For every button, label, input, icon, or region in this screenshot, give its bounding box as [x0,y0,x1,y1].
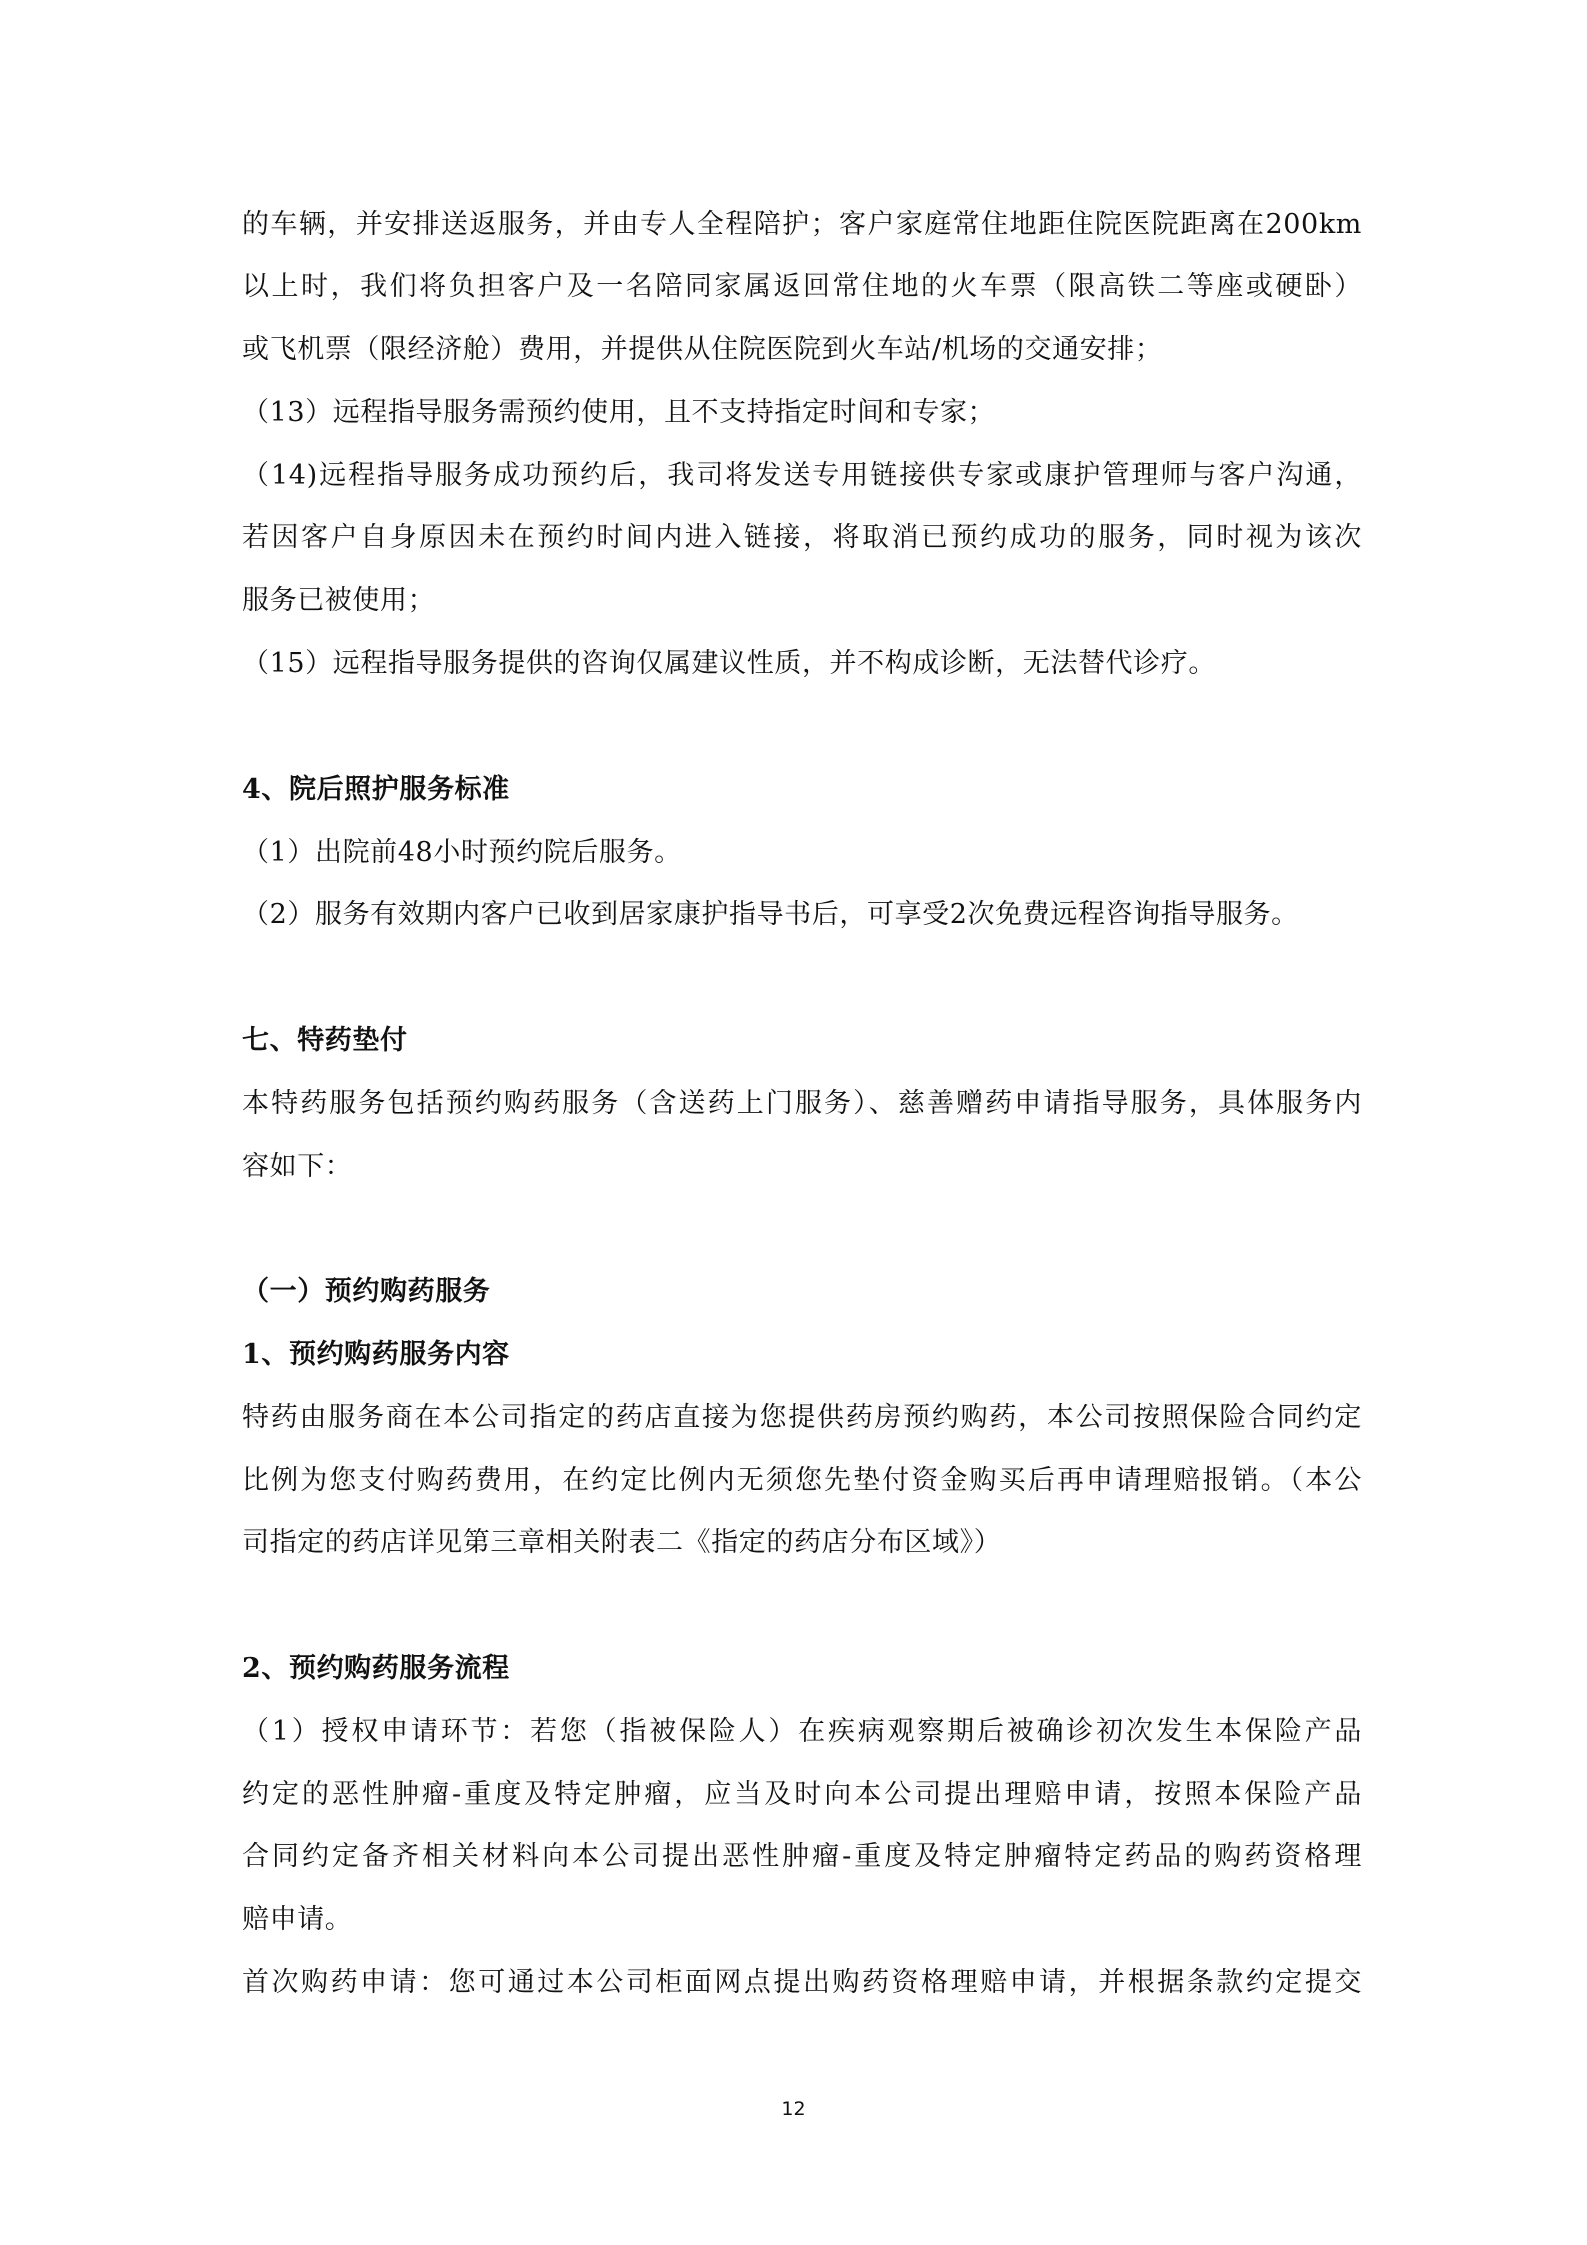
page-number: 12 [0,2098,1587,2120]
list-item-1: （1）出院前48小时预约院后服务。 [242,836,1362,870]
chapter-heading-special-drug: 七、特药垫付 [242,1024,1362,1058]
paragraph-line: 若因客户自身原因未在预约时间内进入链接，将取消已预约成功的服务，同时视为该次 [242,521,1362,555]
list-item-14: （14)远程指导服务成功预约后，我司将发送专用链接供专家或康护管理师与客户沟通， [242,459,1362,493]
paragraph-line: 或飞机票（限经济舱）费用，并提供从住院医院到火车站/机场的交通安排； [242,333,1362,367]
section-heading-service-process: 2、预约购药服务流程 [242,1652,1362,1686]
section-heading-service-content: 1、预约购药服务内容 [242,1338,1362,1372]
list-item-15: （15）远程指导服务提供的咨询仅属建议性质，并不构成诊断，无法替代诊疗。 [242,647,1362,681]
paragraph-line: 的车辆，并安排送返服务，并由专人全程陪护；客户家庭常住地距住院医院距离在200k… [242,208,1362,242]
paragraph-line: 特药由服务商在本公司指定的药店直接为您提供药房预约购药，本公司按照保险合同约定 [242,1401,1362,1435]
list-item-13: （13）远程指导服务需预约使用，且不支持指定时间和专家； [242,396,1362,430]
paragraph-line: 服务已被使用； [242,584,1362,618]
list-item-1: （1）授权申请环节：若您（指被保险人）在疾病观察期后被确诊初次发生本保险产品 [242,1715,1362,1749]
list-item-2: （2）服务有效期内客户已收到居家康护指导书后，可享受2次免费远程咨询指导服务。 [242,898,1362,932]
subsection-heading-appointment-purchase: （一）预约购药服务 [242,1275,1362,1309]
paragraph-line: 容如下： [242,1150,1362,1184]
paragraph-line: 以上时，我们将负担客户及一名陪同家属返回常住地的火车票（限高铁二等座或硬卧） [242,270,1362,304]
paragraph-line: 比例为您支付购药费用，在约定比例内无须您先垫付资金购买后再申请理赔报销。（本公 [242,1464,1362,1498]
section-heading-post-discharge-care: 4、院后照护服务标准 [242,773,1362,807]
paragraph-line: 约定的恶性肿瘤-重度及特定肿瘤，应当及时向本公司提出理赔申请，按照本保险产品 [242,1778,1362,1812]
paragraph-line: 本特药服务包括预约购药服务（含送药上门服务）、慈善赠药申请指导服务，具体服务内 [242,1087,1362,1121]
paragraph-line: 合同约定备齐相关材料向本公司提出恶性肿瘤-重度及特定肿瘤特定药品的购药资格理 [242,1840,1362,1874]
paragraph-line: 赔申请。 [242,1903,1362,1937]
paragraph-line: 首次购药申请：您可通过本公司柜面网点提出购药资格理赔申请，并根据条款约定提交 [242,1966,1362,2000]
paragraph-line: 司指定的药店详见第三章相关附表二《指定的药店分布区域》） [242,1526,1362,1560]
document-page: 的车辆，并安排送返服务，并由专人全程陪护；客户家庭常住地距住院医院距离在200k… [0,0,1587,2245]
